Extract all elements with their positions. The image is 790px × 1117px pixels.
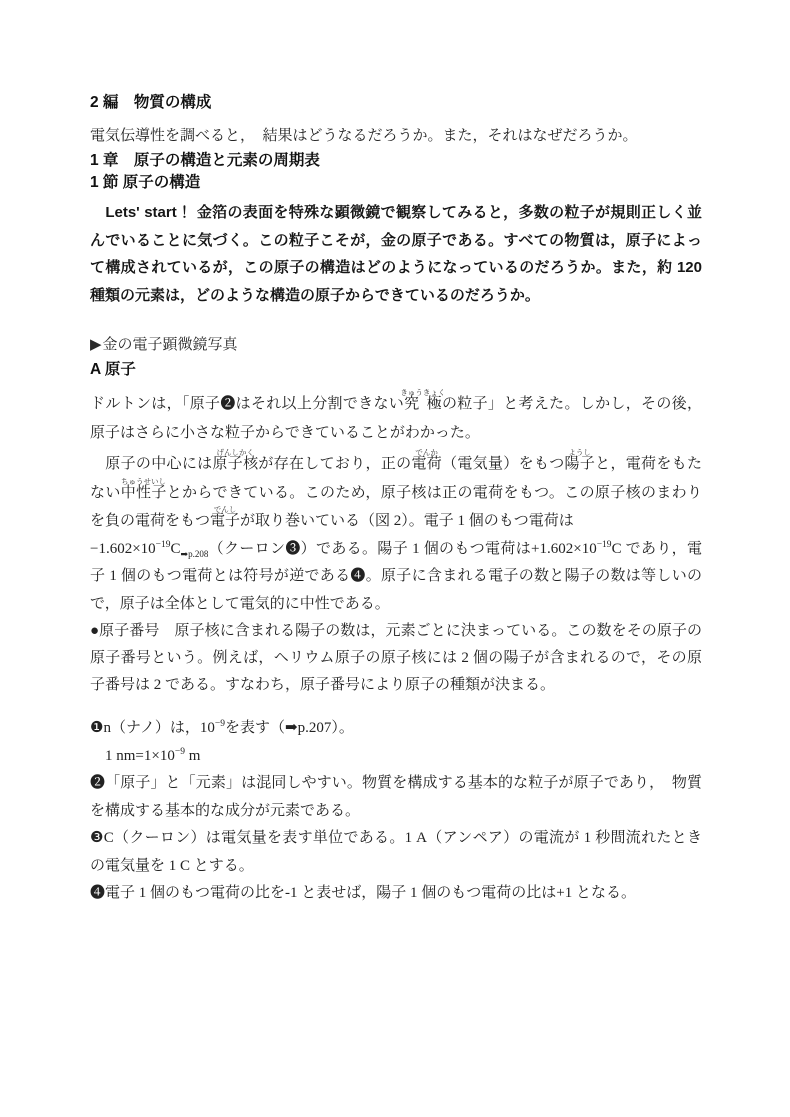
textbook-page: 2 編 物質の構成 電気伝導性を調べると， 結果はどうなるだろうか。また，それは… [0,0,790,1117]
section-heading: 1 節 原子の構造 [90,172,702,194]
paragraph-dalton: ドルトンは，「原子❷はそれ以上分割できない究極きゅうきょくの粒子」と考えた。しか… [90,388,702,447]
footnote-4: ❹電子 1 個のもつ電荷の比を-1 と表せば，陽子 1 個のもつ電荷の比は+1 … [90,880,702,908]
lead-paragraph: 電気伝導性を調べると， 結果はどうなるだろうか。また，それはなぜだろうか。 [90,123,702,150]
footnote-2: ❷「原子」と「元素」は混同しやすい。物質を構成する基本的な粒子が原子であり， 物… [90,770,702,825]
footnote-1-formula: 1 nm=1×10−9 m [90,743,702,771]
paragraph-atomic-number: ●原子番号 原子核に含まれる陽子の数は，元素ごとに決まっている。この数をその原子… [90,618,702,699]
footnotes: ❶n（ナノ）は，10−9を表す（➡p.207）。 1 nm=1×10−9 m ❷… [90,715,702,908]
footnote-1: ❶n（ナノ）は，10−9を表す（➡p.207）。 [90,715,702,743]
subsection-heading: A 原子 [90,359,702,381]
footnote-3: ❸C（クーロン）は電気量を表す単位である。1 A（アンペア）の電流が 1 秒間流… [90,825,702,880]
photo-caption-label: 金の電子顕微鏡写真 [103,337,238,353]
photo-caption: ▶金の電子顕微鏡写真 [90,332,702,359]
part-heading: 2 編 物質の構成 [90,92,702,114]
chapter-heading: 1 章 原子の構造と元素の周期表 [90,150,702,172]
paragraph-nucleus: 原子の中心には原子核げんしかくが存在しており，正の電荷でんか（電気量）をもつ陽子… [90,448,702,536]
lets-start-paragraph: Lets' start！ 金箔の表面を特殊な顕微鏡で観察してみると，多数の粒子が… [90,199,702,309]
triangle-marker-icon: ▶ [90,337,102,353]
paragraph-electron-charge: −1.602×10−19C➡p.208（クーロン❸）である。陽子 1 個のもつ電… [90,536,702,619]
